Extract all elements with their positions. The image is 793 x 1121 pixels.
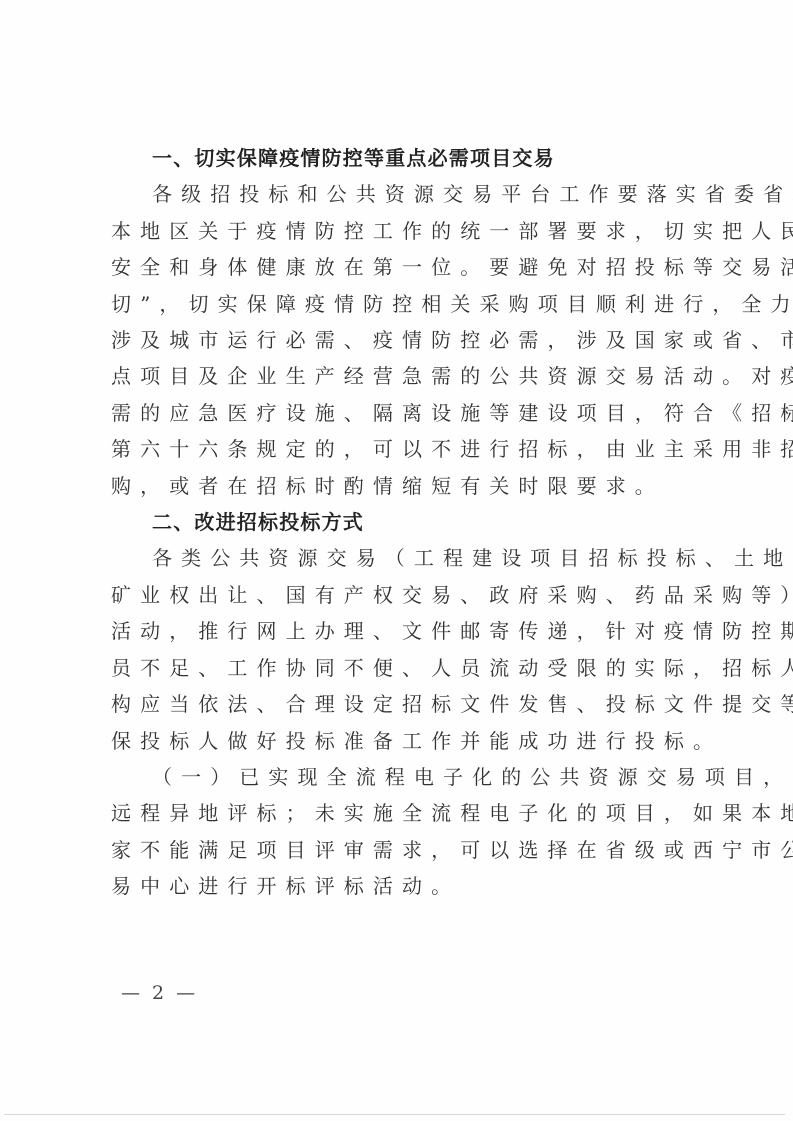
text-line: 员不足、工作协同不便、人员流动受限的实际，招标人和代理机 (111, 650, 703, 686)
page-bottom-edge (4, 1114, 785, 1115)
text-line: 构应当依法、合理设定招标文件发售、投标文件提交等时限，确 (111, 686, 703, 722)
text-line: 本地区关于疫情防控工作的统一部署要求，切实把人民群众生命 (111, 213, 703, 249)
text-line: 第六十六条规定的，可以不进行招标，由业主采用非招标方式采 (111, 431, 703, 467)
document-body: 一、切实保障疫情防控等重点必需项目交易 各级招投标和公共资源交易平台工作要落实省… (111, 140, 694, 905)
text-line: 各类公共资源交易（工程建设项目招标投标、土地使用权和 (111, 540, 703, 576)
text-line: 安全和身体健康放在第一位。要避免对招投标等交易活动“一刀 (111, 249, 703, 285)
text-line: 需的应急医疗设施、隔离设施等建设项目，符合《招标投标法》 (111, 395, 703, 431)
text-line: 远程异地评标；未实施全流程电子化的项目，如果本地区评标专 (111, 795, 703, 831)
section-heading-2: 二、改进招标投标方式 (111, 504, 703, 540)
page-number: — 2 — (121, 982, 198, 1004)
scan-speck (762, 260, 764, 262)
text-line: 活动，推行网上办理、文件邮寄传递，针对疫情防控期间在岗人 (111, 613, 703, 649)
text-line: 涉及城市运行必需、疫情防控必需，涉及国家或省、市（州）重 (111, 322, 703, 358)
section-2-paragraph-1: 各类公共资源交易（工程建设项目招标投标、土地使用权和 矿业权出让、国有产权交易、… (111, 540, 703, 758)
text-line: 切”，切实保障疫情防控相关采购项目顺利进行，全力支持和保障 (111, 286, 703, 322)
text-line: 各级招投标和公共资源交易平台工作要落实省委省政府和 (111, 176, 703, 212)
text-line: 购，或者在招标时酌情缩短有关时限要求。 (111, 468, 703, 504)
document-page: 一、切实保障疫情防控等重点必需项目交易 各级招投标和公共资源交易平台工作要落实省… (0, 0, 793, 1121)
section-heading-1: 一、切实保障疫情防控等重点必需项目交易 (111, 140, 703, 176)
text-line: 家不能满足项目评审需求，可以选择在省级或西宁市公共资源交 (111, 832, 703, 868)
text-line: （一）已实现全流程电子化的公共资源交易项目，一律实行 (111, 759, 703, 795)
text-line: 保投标人做好投标准备工作并能成功进行投标。 (111, 723, 703, 759)
text-line: 矿业权出让、国有产权交易、政府采购、药品采购等）减少现场 (111, 577, 703, 613)
text-line: 易中心进行开标评标活动。 (111, 868, 703, 904)
section-1-paragraph-1: 各级招投标和公共资源交易平台工作要落实省委省政府和 本地区关于疫情防控工作的统一… (111, 176, 703, 504)
section-2-paragraph-2: （一）已实现全流程电子化的公共资源交易项目，一律实行 远程异地评标；未实施全流程… (111, 759, 703, 905)
text-line: 点项目及企业生产经营急需的公共资源交易活动。对疫情防控急 (111, 358, 703, 394)
